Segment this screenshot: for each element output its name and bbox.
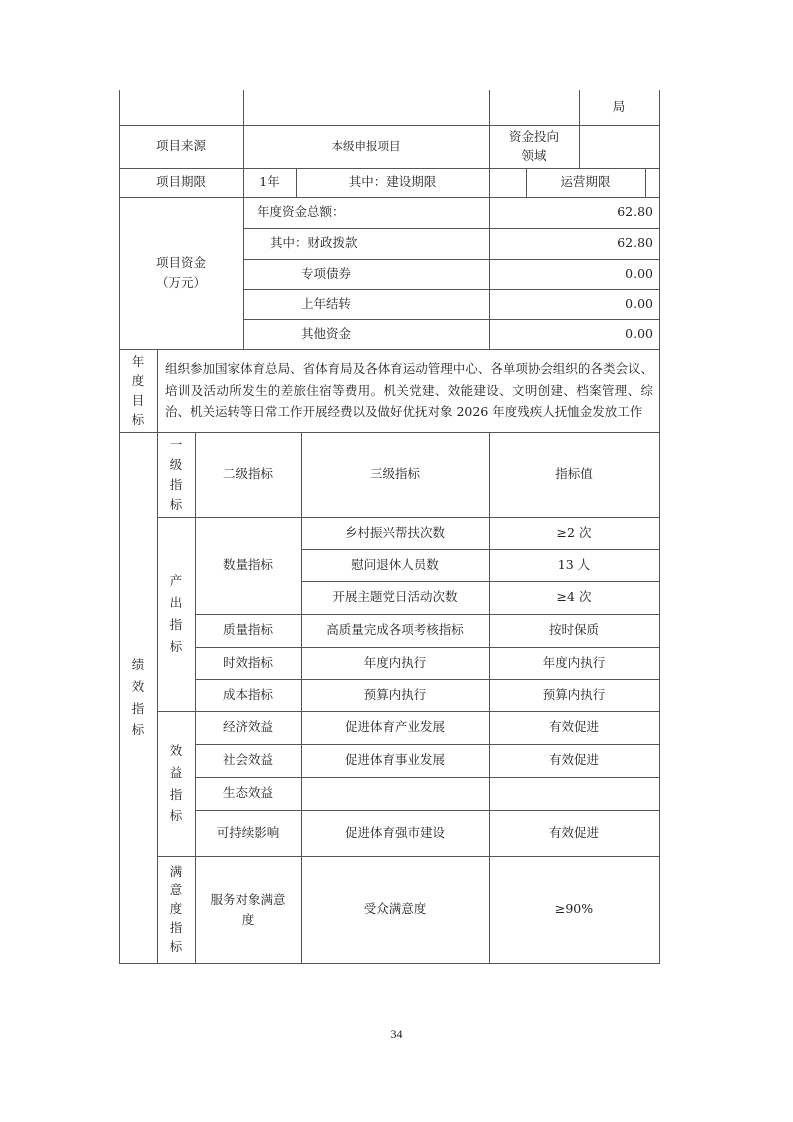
level3-cell: 预算内执行 (301, 679, 489, 711)
value-cell (489, 777, 659, 810)
label-char: 产 (170, 570, 183, 592)
fund-row-label: 其中：财政拨款 (243, 228, 489, 259)
table-bottom-border (119, 963, 660, 964)
top-right-cell: 局 (579, 90, 659, 125)
level3-cell: 年度内执行 (301, 647, 489, 679)
label-char: 效 (132, 676, 145, 698)
fund-row-label: 其他资金 (243, 319, 489, 349)
fund-row-value: 62.80 (489, 197, 659, 228)
level3-cell: 乡村振兴帮扶次数 (301, 517, 489, 549)
operation-period-value (645, 168, 659, 197)
construction-period-label: 其中：建设期限 (296, 168, 489, 197)
satisfaction-indicator-label: 服务对象满意度 (195, 856, 301, 963)
cost-indicator-label: 成本指标 (195, 679, 301, 711)
header-level3: 三级指标 (301, 432, 489, 517)
label-char: 效 (170, 740, 183, 762)
fund-row-label: 上年结转 (243, 289, 489, 319)
label-char: 级 (170, 455, 183, 475)
level3-cell (301, 777, 489, 810)
value-cell: ≥2 次 (489, 517, 659, 549)
fund-direction-value (579, 125, 659, 168)
header-value: 指标值 (489, 432, 659, 517)
label-char: 度 (170, 900, 183, 919)
label-char: 益 (170, 762, 183, 784)
value-cell: 预算内执行 (489, 679, 659, 711)
value-cell: 年度内执行 (489, 647, 659, 679)
level3-cell: 促进体育事业发展 (301, 744, 489, 777)
fund-direction-label: 资金投向领域 (489, 125, 579, 168)
fund-row-label: 年度资金总额： (243, 197, 489, 228)
benefit-indicator-label: 经济效益 (195, 711, 301, 744)
benefit-indicator-label: 可持续影响 (195, 810, 301, 856)
level3-cell: 促进体育强市建设 (301, 810, 489, 856)
header-level2: 二级指标 (195, 432, 301, 517)
label-char: 目 (132, 391, 145, 410)
value-cell: 有效促进 (489, 711, 659, 744)
quantity-indicator-label: 数量指标 (195, 517, 301, 614)
value-cell: 有效促进 (489, 810, 659, 856)
label-char: 年 (132, 352, 145, 371)
label-char: 一 (170, 435, 183, 455)
annual-goal-label: 年 度 目 标 (119, 349, 157, 432)
annual-goal-text: 组织参加国家体育总局、省体育局及各体育运动管理中心、各单项协会组织的各类会议、培… (157, 349, 659, 432)
label-char: 标 (132, 410, 145, 429)
table-right-border (659, 90, 660, 964)
label-char: 绩 (132, 654, 145, 676)
label-char: 指 (170, 475, 183, 495)
level3-cell: 受众满意度 (301, 856, 489, 963)
label-char: 标 (132, 719, 145, 741)
benefit-indicator-label: 社会效益 (195, 744, 301, 777)
project-period-value: 1年 (243, 168, 296, 197)
label-char: 出 (170, 592, 183, 614)
label-char: 意 (170, 881, 183, 900)
label-char: 满 (170, 863, 183, 882)
level3-cell: 高质量完成各项考核指标 (301, 614, 489, 647)
label-char: 度 (132, 371, 145, 390)
level3-cell: 慰问退休人员数 (301, 549, 489, 581)
document-page: 局 项目来源 本级申报项目 资金投向领域 项目期限 1年 其中：建设期限 运营期… (0, 0, 793, 1122)
label-char: 指 (170, 614, 183, 636)
label-char: 标 (170, 495, 183, 515)
benefit-indicators-label: 效 益 指 标 (157, 711, 195, 856)
value-cell: 13 人 (489, 549, 659, 581)
level3-cell: 促进体育产业发展 (301, 711, 489, 744)
output-indicators-label: 产 出 指 标 (157, 517, 195, 711)
value-cell: ≥4 次 (489, 581, 659, 614)
operation-period-label: 运营期限 (526, 168, 645, 197)
project-source-value: 本级申报项目 (243, 125, 489, 168)
construction-period-value (489, 168, 526, 197)
quality-indicator-label: 质量指标 (195, 614, 301, 647)
benefit-indicator-label: 生态效益 (195, 777, 301, 810)
label-char: 标 (170, 938, 183, 957)
project-source-label: 项目来源 (119, 125, 243, 168)
project-funds-label-line2: （万元） (156, 273, 206, 293)
level3-cell: 开展主题党日活动次数 (301, 581, 489, 614)
project-funds-label: 项目资金 （万元） (119, 197, 243, 349)
value-cell: ≥90% (489, 856, 659, 963)
value-cell: 按时保质 (489, 614, 659, 647)
header-level1: 一 级 指 标 (157, 432, 195, 517)
value-cell: 有效促进 (489, 744, 659, 777)
page-number: 34 (0, 1027, 793, 1042)
label-char: 指 (132, 698, 145, 720)
fund-row-label: 专项债券 (243, 259, 489, 289)
label-char: 指 (170, 784, 183, 806)
fund-row-value: 0.00 (489, 319, 659, 349)
project-period-label: 项目期限 (119, 168, 243, 197)
label-char: 标 (170, 805, 183, 827)
fund-row-value: 0.00 (489, 289, 659, 319)
label-char: 指 (170, 919, 183, 938)
fund-row-value: 62.80 (489, 228, 659, 259)
project-funds-label-line1: 项目资金 (156, 253, 206, 273)
label-char: 标 (170, 636, 183, 658)
performance-label: 绩 效 指 标 (119, 432, 157, 963)
fund-row-value: 0.00 (489, 259, 659, 289)
timeliness-indicator-label: 时效指标 (195, 647, 301, 679)
satisfaction-indicators-label: 满 意 度 指 标 (157, 856, 195, 963)
